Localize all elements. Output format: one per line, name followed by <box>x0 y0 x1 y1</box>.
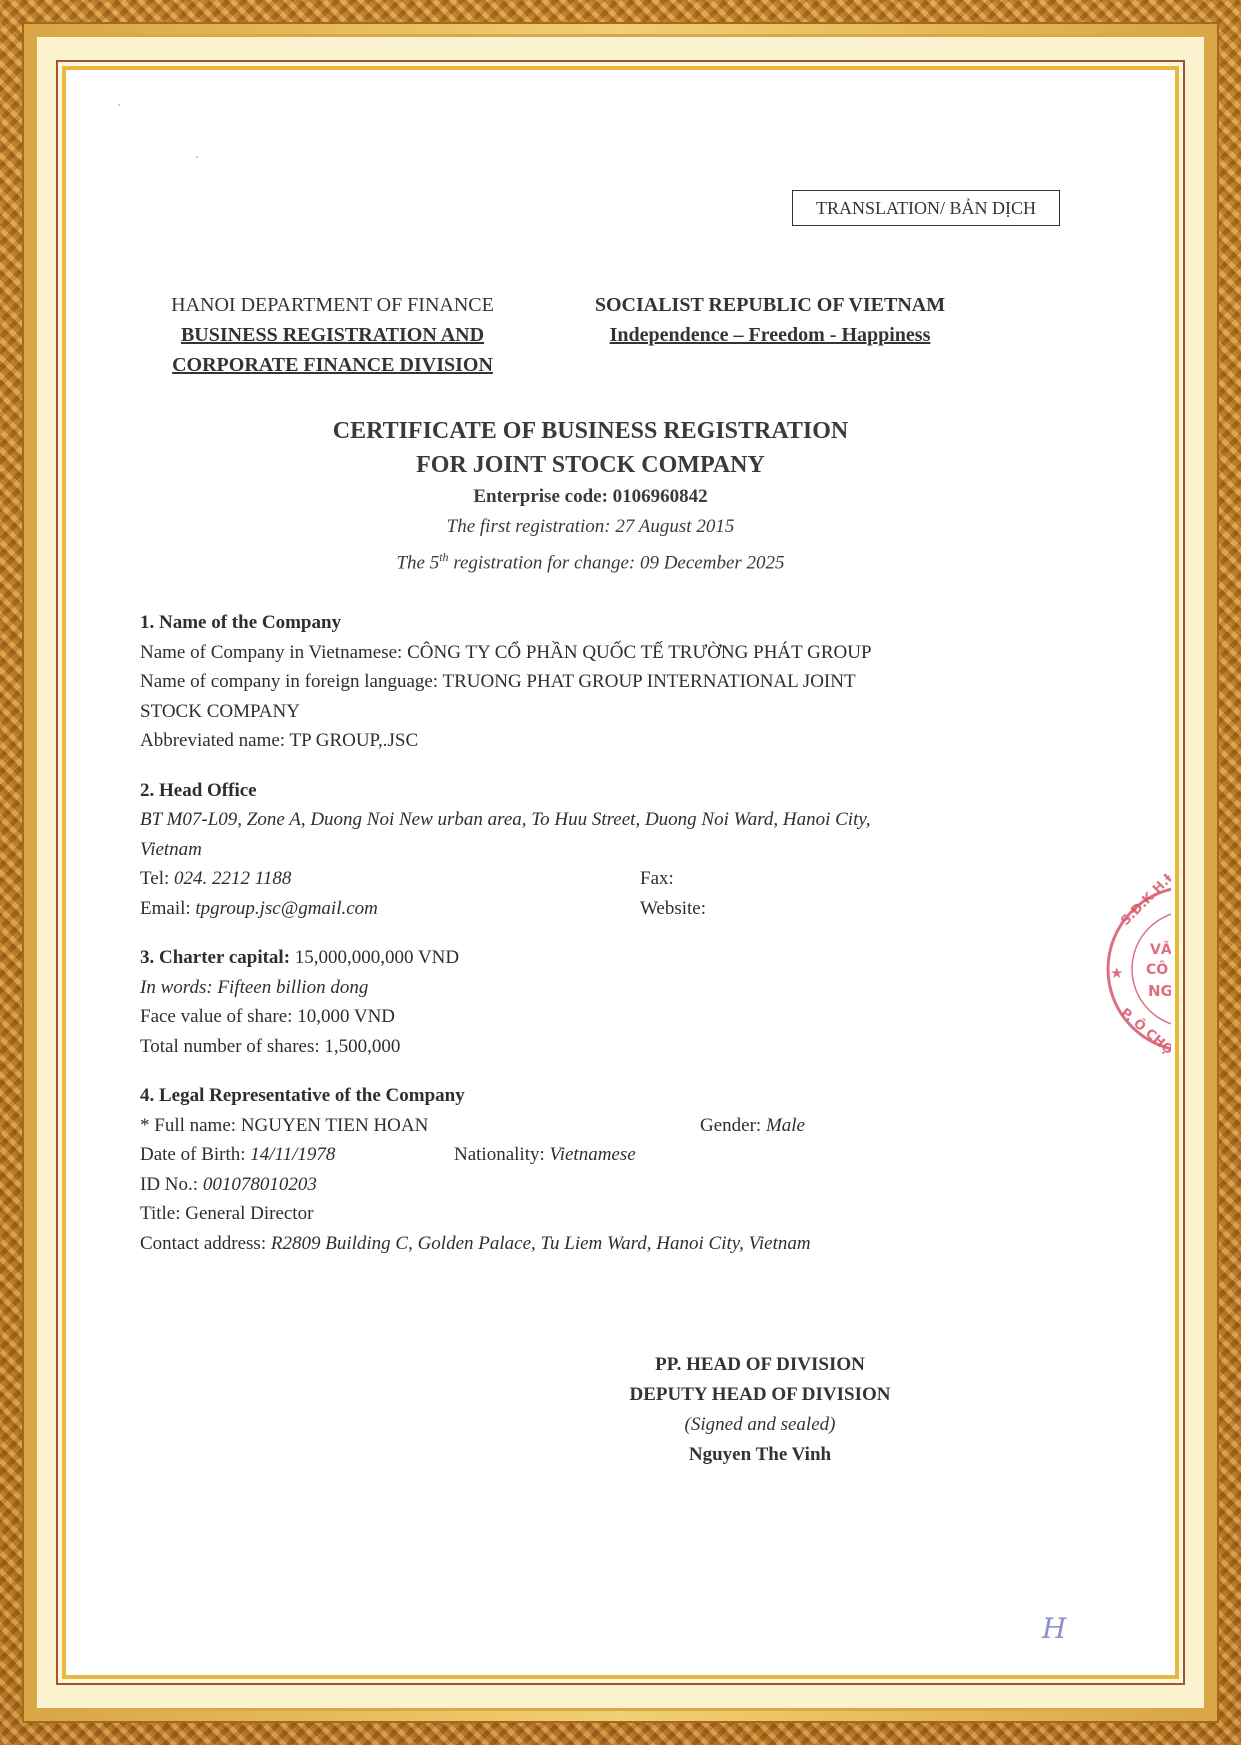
national-motto: SOCIALIST REPUBLIC OF VIETNAM Independen… <box>560 290 980 350</box>
id-row: ID No.: 001078010203 <box>140 1170 1040 1200</box>
svg-text:★: ★ <box>1110 964 1123 982</box>
contact-row: Contact address: R2809 Building C, Golde… <box>140 1229 1040 1259</box>
svg-text:VĂ: VĂ <box>1150 940 1171 958</box>
signatory-name: Nguyen The Vinh <box>560 1440 960 1470</box>
label: Gender: <box>700 1115 766 1136</box>
change-prefix: The 5 <box>396 552 439 573</box>
signature-note: (Signed and sealed) <box>560 1410 960 1440</box>
email-website-row: Email: tpgroup.jsc@gmail.com Website: <box>140 894 1040 924</box>
certificate-title-line1: CERTIFICATE OF BUSINESS REGISTRATION <box>70 414 1111 448</box>
section-title: 3. Charter capital: <box>140 947 290 968</box>
signature-line1: PP. HEAD OF DIVISION <box>560 1350 960 1380</box>
speck <box>118 104 120 106</box>
id-value: 001078010203 <box>203 1174 317 1195</box>
first-registration: The first registration: 27 August 2015 <box>70 512 1111 542</box>
label: Name of company in foreign language: <box>140 671 443 692</box>
abbreviated-name: TP GROUP,.JSC <box>290 730 419 751</box>
full-name: NGUYEN TIEN HOAN <box>241 1115 429 1136</box>
signature-block: PP. HEAD OF DIVISION DEPUTY HEAD OF DIVI… <box>560 1350 960 1470</box>
dob-nationality-row: Date of Birth: 14/11/1978 Nationality: V… <box>140 1140 1040 1170</box>
speck <box>196 156 198 158</box>
name-gender-row: * Full name: NGUYEN TIEN HOAN Gender: Ma… <box>140 1111 1040 1141</box>
section-legal-representative: 4. Legal Representative of the Company *… <box>140 1081 1040 1258</box>
capital-value: 15,000,000,000 VND <box>290 947 459 968</box>
enterprise-code: Enterprise code: 0106960842 <box>70 482 1111 512</box>
certificate-page: TRANSLATION/ BẢN DỊCH HANOI DEPARTMENT O… <box>70 74 1171 1671</box>
contact-value: R2809 Building C, Golden Palace, Tu Liem… <box>271 1233 811 1254</box>
address-line1: BT M07-L09, Zone A, Duong Noi New urban … <box>140 805 1040 835</box>
capital-row: 3. Charter capital: 15,000,000,000 VND <box>140 943 1040 973</box>
website-label: Website: <box>640 894 706 924</box>
dob-value: 14/11/1978 <box>250 1144 335 1165</box>
total-shares: Total number of shares: 1,500,000 <box>140 1032 1040 1062</box>
label: Email: <box>140 898 195 919</box>
issuing-authority: HANOI DEPARTMENT OF FINANCE BUSINESS REG… <box>160 290 505 380</box>
label: * Full name: <box>140 1115 241 1136</box>
label: Date of Birth: <box>140 1144 250 1165</box>
division-name-line1: BUSINESS REGISTRATION AND <box>160 320 505 350</box>
change-registration: The 5th registration for change: 09 Dece… <box>70 542 1111 578</box>
certificate-title-block: CERTIFICATE OF BUSINESS REGISTRATION FOR… <box>70 414 1111 578</box>
vn-name-row: Name of Company in Vietnamese: CÔNG TY C… <box>140 638 1040 668</box>
label: Nationality: <box>454 1144 550 1165</box>
translation-label-box: TRANSLATION/ BẢN DỊCH <box>792 190 1060 226</box>
title-row: Title: General Director <box>140 1199 1040 1229</box>
address-line2: Vietnam <box>140 835 1040 865</box>
country-name: SOCIALIST REPUBLIC OF VIETNAM <box>560 290 980 320</box>
tel-fax-row: Tel: 024. 2212 1188 Fax: <box>140 864 1040 894</box>
section-title: 2. Head Office <box>140 776 1040 806</box>
abbr-name-row: Abbreviated name: TP GROUP,.JSC <box>140 726 1040 756</box>
foreign-company-name: TRUONG PHAT GROUP INTERNATIONAL JOINT <box>443 671 856 692</box>
fax-label: Fax: <box>640 864 674 894</box>
foreign-company-name-cont: STOCK COMPANY <box>140 697 1040 727</box>
section-charter-capital: 3. Charter capital: 15,000,000,000 VND I… <box>140 943 1040 1061</box>
division-name-line2: CORPORATE FINANCE DIVISION <box>160 350 505 380</box>
capital-in-words: In words: Fifteen billion dong <box>140 973 1040 1003</box>
label: Contact address: <box>140 1233 271 1254</box>
change-sup: th <box>439 550 448 564</box>
svg-text:CÔ: CÔ <box>1146 960 1168 978</box>
section-company-name: 1. Name of the Company Name of Company i… <box>140 608 1040 756</box>
label: Abbreviated name: <box>140 730 290 751</box>
gender: Gender: Male <box>700 1111 805 1141</box>
label: Name of Company in Vietnamese: <box>140 642 407 663</box>
department-name: HANOI DEPARTMENT OF FINANCE <box>160 290 505 320</box>
svg-text:P. Ô CHỢ: P. Ô CHỢ <box>1117 1005 1171 1054</box>
label: Tel: <box>140 868 174 889</box>
section-title: 1. Name of the Company <box>140 608 1040 638</box>
gender-value: Male <box>766 1115 805 1136</box>
tel-value: 024. 2212 1188 <box>174 868 291 889</box>
face-value: Face value of share: 10,000 VND <box>140 1002 1040 1032</box>
section-title: 4. Legal Representative of the Company <box>140 1081 1040 1111</box>
section-head-office: 2. Head Office BT M07-L09, Zone A, Duong… <box>140 776 1040 924</box>
red-seal-stamp: S.Đ.K.H.Đ ★ P. Ô CHỢ VĂ CÔ NG <box>1090 874 1171 1054</box>
handwritten-initial: H <box>1042 1612 1066 1645</box>
certificate-sections: 1. Name of the Company Name of Company i… <box>140 608 1040 1278</box>
nationality-value: Vietnamese <box>550 1144 636 1165</box>
label: ID No.: <box>140 1174 203 1195</box>
nationality: Nationality: Vietnamese <box>454 1140 636 1170</box>
svg-text:NG: NG <box>1148 982 1171 1000</box>
motto: Independence – Freedom - Happiness <box>560 320 980 350</box>
certificate-title-line2: FOR JOINT STOCK COMPANY <box>70 448 1111 482</box>
email-value: tpgroup.jsc@gmail.com <box>195 898 378 919</box>
vn-company-name: CÔNG TY CỔ PHẦN QUỐC TẾ TRƯỜNG PHÁT GROU… <box>407 642 871 663</box>
change-suffix: registration for change: 09 December 202… <box>449 552 785 573</box>
svg-text:S.Đ.K.H.Đ: S.Đ.K.H.Đ <box>1118 874 1171 929</box>
foreign-name-row: Name of company in foreign language: TRU… <box>140 667 1040 697</box>
signature-line2: DEPUTY HEAD OF DIVISION <box>560 1380 960 1410</box>
